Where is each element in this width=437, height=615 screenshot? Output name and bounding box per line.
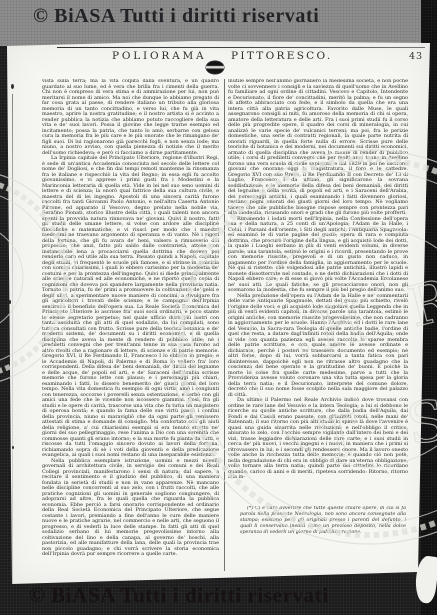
paragraph: La Irpinia capitale del Principato Ulter…: [42, 156, 219, 459]
paragraph: Rimanendo i lodati morti nell'Irpinia, n…: [228, 217, 408, 294]
paragraph: inutile sempre nell'animo giornaliero la…: [228, 79, 408, 217]
copyright-watermark-bottom: © BiASA Tutti i diritti riservati: [29, 583, 329, 608]
scan-speck: [12, 446, 14, 449]
paragraph: Da ultimo il Palermo nel Reale Archivio …: [228, 398, 408, 481]
paragraph: Nella prefazione dell'opera su l'Adam de…: [228, 294, 408, 399]
footnote-text: (*) Ci è caro avvertire che tutte queste…: [240, 506, 406, 536]
page-fold-shadow: [12, 94, 13, 614]
page-number: 43: [403, 51, 429, 62]
footnote: (*) Ci è caro avvertire che tutte queste…: [240, 506, 406, 558]
right-text-column: inutile sempre nell'animo giornaliero la…: [228, 79, 408, 500]
paragraph: vista sulla terra; ma la vita colpita da…: [42, 79, 219, 156]
column-divider-rule: [224, 79, 225, 571]
scan-speck: [11, 84, 14, 89]
scanned-page-screenshot: © BiASA Tutti i diritti riservati POLIOR…: [0, 0, 437, 615]
paragraph: Nella pubblica esemplare istruzione, uom…: [42, 459, 219, 558]
scan-speck: [9, 300, 11, 304]
masthead-title-right: PITTORESCO.: [231, 50, 327, 62]
masthead-rule: [57, 47, 425, 48]
globe-ornament-icon: [206, 61, 224, 74]
masthead-title-left: POLIORAMA: [112, 50, 202, 62]
copyright-watermark-top: © BiASA Tutti i diritti riservati: [33, 5, 319, 28]
left-text-column: vista sulla terra; ma la vita colpita da…: [42, 79, 219, 572]
